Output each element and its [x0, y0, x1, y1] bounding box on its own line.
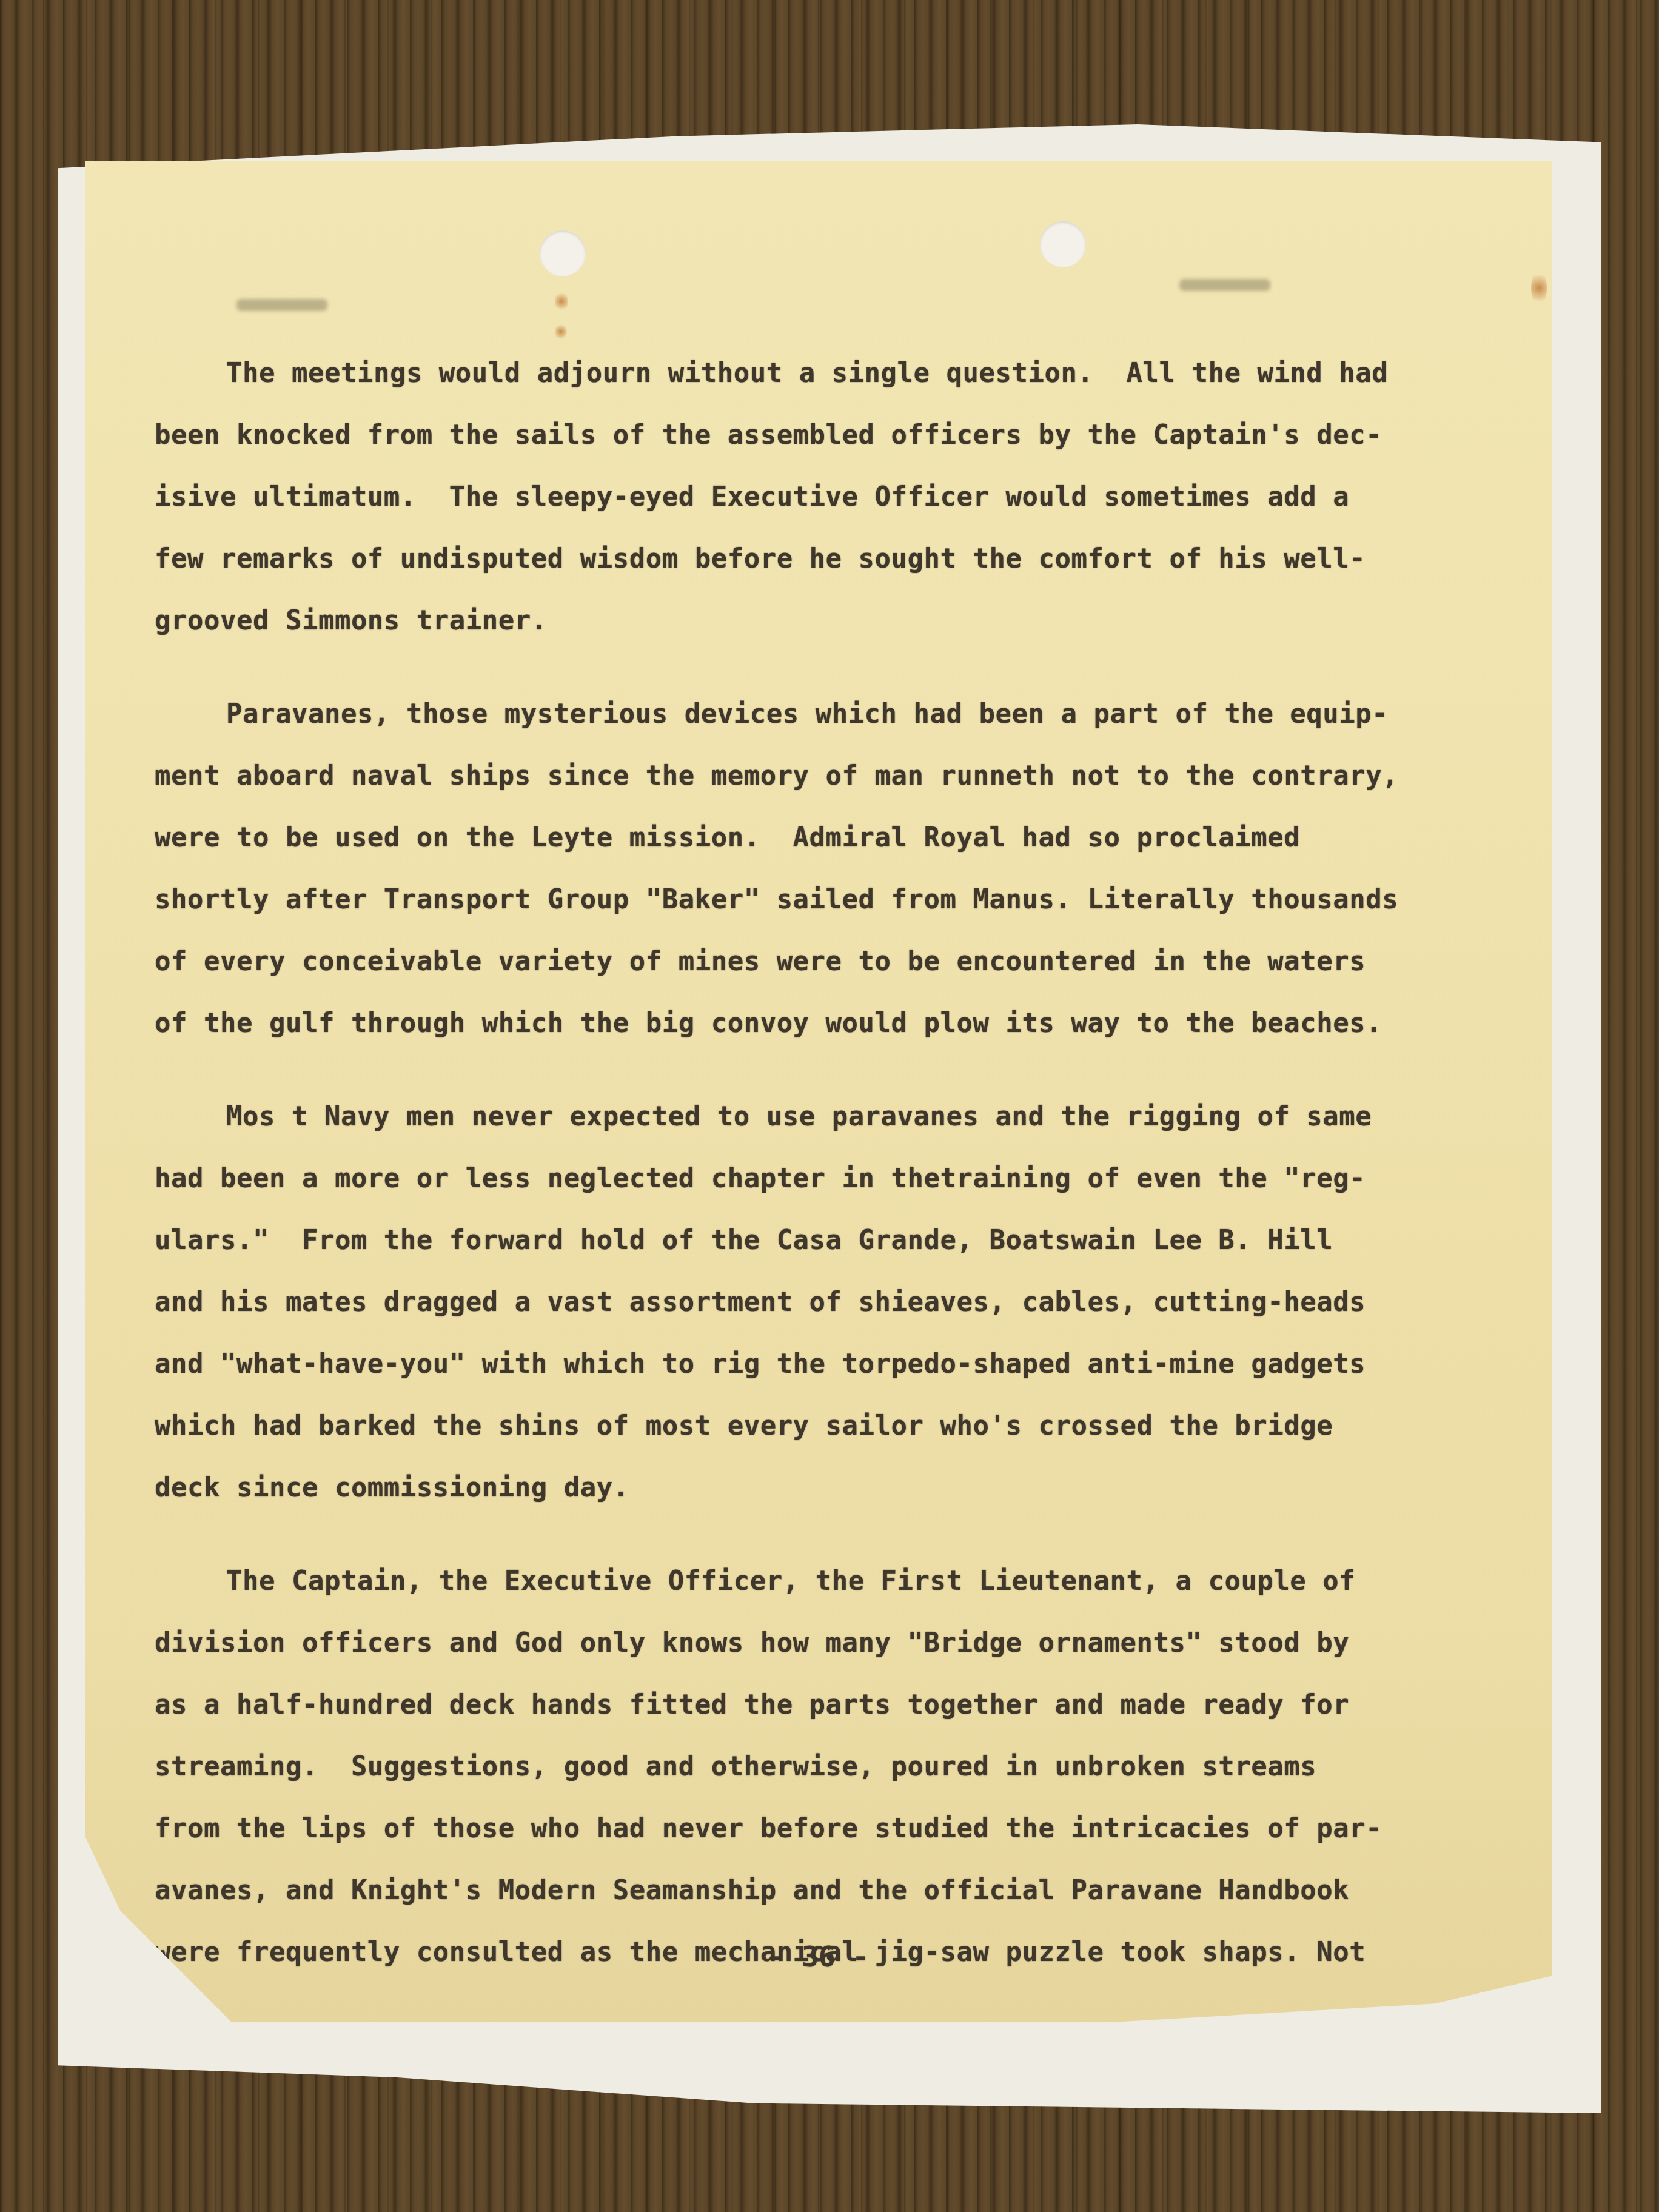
ink-smudge [1179, 279, 1270, 291]
paragraph-3: Mos t Navy men never expected to use par… [155, 1086, 1513, 1519]
text-line: few remarks of undisputed wisdom before … [155, 528, 1513, 590]
paragraph-2: Paravanes, those mysterious devices whic… [155, 683, 1513, 1054]
typewritten-page: The meetings would adjourn without a sin… [85, 161, 1552, 2022]
text-line: Paravanes, those mysterious devices whic… [155, 683, 1513, 745]
text-line: The meetings would adjourn without a sin… [155, 343, 1513, 404]
text-line: of the gulf through which the big convoy… [155, 993, 1513, 1054]
text-line: avanes, and Knight's Modern Seamanship a… [155, 1860, 1513, 1922]
text-line: been knocked from the sails of the assem… [155, 404, 1513, 466]
body-text: The meetings would adjourn without a sin… [155, 343, 1513, 2015]
rust-stain [555, 323, 567, 340]
text-line: from the lips of those who had never bef… [155, 1798, 1513, 1860]
text-line: had been a more or less neglected chapte… [155, 1148, 1513, 1210]
text-line: shortly after Transport Group "Baker" sa… [155, 869, 1513, 931]
rust-stain [555, 291, 568, 312]
ink-smudge [236, 299, 327, 311]
text-line: division officers and God only knows how… [155, 1612, 1513, 1674]
text-line: deck since commissioning day. [155, 1457, 1513, 1519]
text-line: ment aboard naval ships since the memory… [155, 745, 1513, 807]
text-line: and his mates dragged a vast assortment … [155, 1272, 1513, 1333]
punch-hole-left [540, 230, 586, 276]
text-line: of every conceivable variety of mines we… [155, 931, 1513, 993]
paragraph-1: The meetings would adjourn without a sin… [155, 343, 1513, 652]
text-line: The Captain, the Executive Officer, the … [155, 1550, 1513, 1612]
rust-stain [1531, 270, 1547, 306]
text-line: isive ultimatum. The sleepy-eyed Executi… [155, 466, 1513, 528]
text-line: streaming. Suggestions, good and otherwi… [155, 1736, 1513, 1798]
paragraph-4: The Captain, the Executive Officer, the … [155, 1550, 1513, 1983]
text-line: and "what-have-you" with which to rig th… [155, 1333, 1513, 1395]
text-line: ulars." From the forward hold of the Cas… [155, 1210, 1513, 1272]
text-line: Mos t Navy men never expected to use par… [155, 1086, 1513, 1148]
text-line: which had barked the shins of most every… [155, 1395, 1513, 1457]
punch-hole-right [1040, 221, 1086, 267]
page-number: - 36 - [85, 1940, 1552, 1973]
text-line: grooved Simmons trainer. [155, 590, 1513, 652]
text-line: as a half-hundred deck hands fitted the … [155, 1674, 1513, 1736]
text-line: were to be used on the Leyte mission. Ad… [155, 807, 1513, 869]
